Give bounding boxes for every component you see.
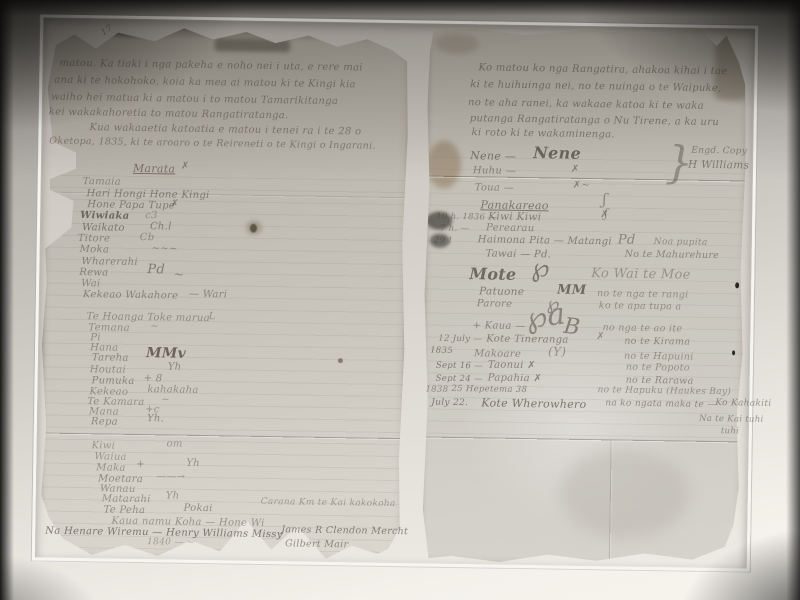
paper-stain bbox=[435, 34, 479, 55]
manuscript-left-page bbox=[37, 23, 411, 565]
handwriting-line: 17 bbox=[99, 23, 115, 38]
mat-window: 17matou. Ka tiaki i nga pakeha e noho ne… bbox=[32, 14, 758, 571]
archive-stamp-smudge bbox=[215, 38, 290, 52]
paper-stain bbox=[714, 30, 749, 101]
ruled-lines bbox=[37, 163, 409, 559]
paper-stain bbox=[100, 24, 170, 37]
manuscript-right-page bbox=[419, 25, 749, 568]
photo-of-framed-manuscript: 17matou. Ka tiaki i nga pakeha e noho ne… bbox=[0, 0, 800, 600]
ruled-lines bbox=[421, 145, 748, 440]
